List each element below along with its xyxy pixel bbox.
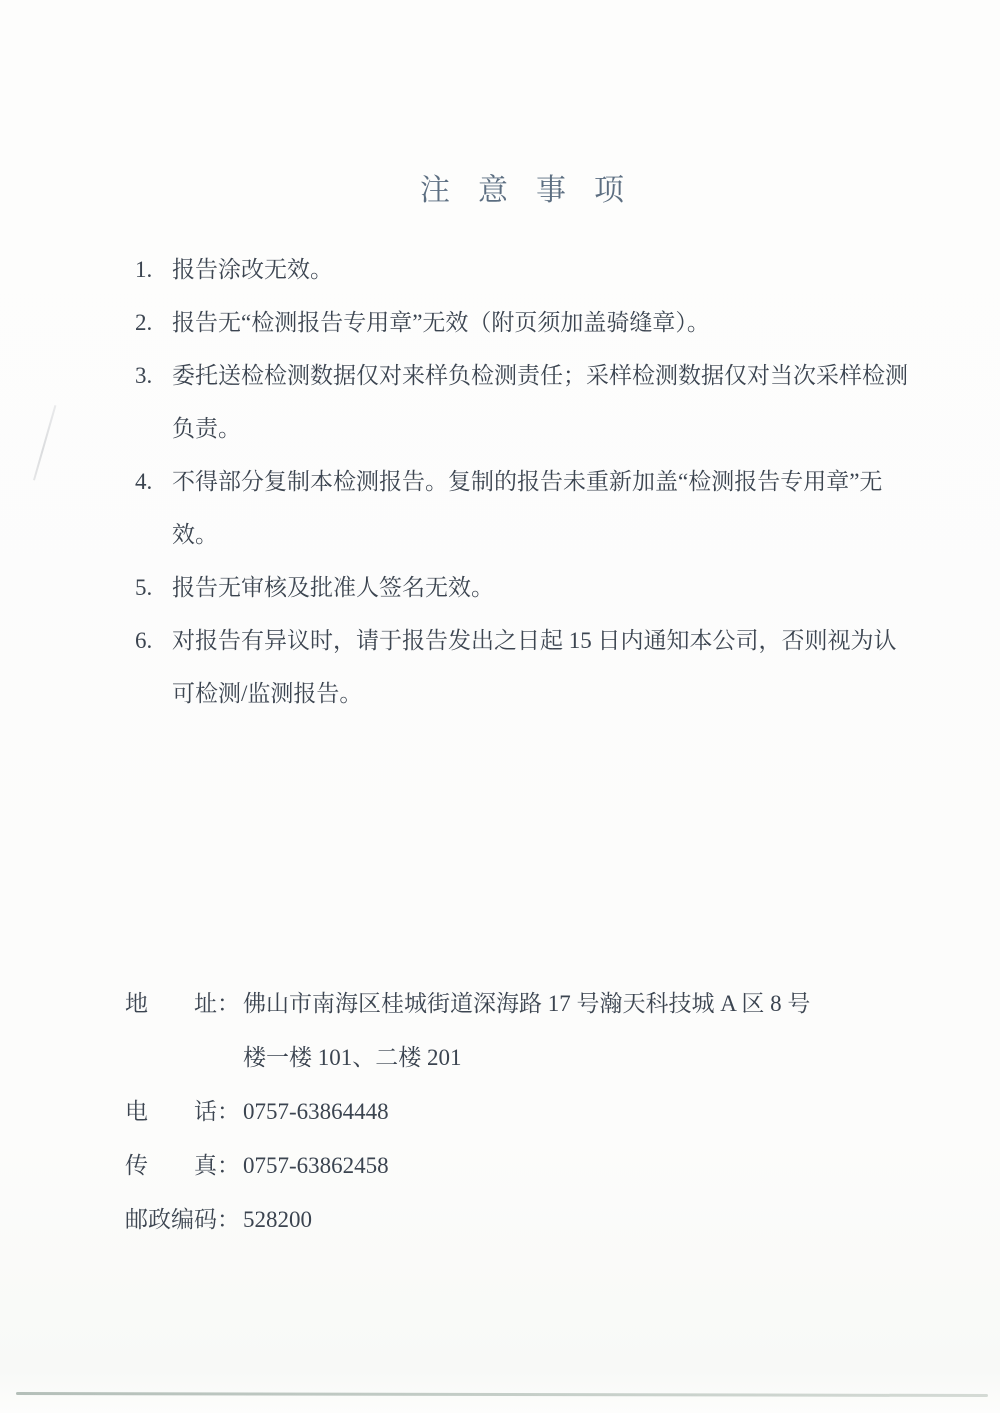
notice-item-1: 1.报告涂改无效。 <box>135 243 908 296</box>
notice-line: 4.不得部分复制本检测报告。复制的报告未重新加盖“检测报告专用章”无 <box>135 455 908 508</box>
notices-list: 1.报告涂改无效。 2.报告无“检测报告专用章”无效（附页须加盖骑缝章）。 3.… <box>135 243 908 720</box>
notice-item-2: 2.报告无“检测报告专用章”无效（附页须加盖骑缝章）。 <box>135 296 908 349</box>
notice-text: 负责。 <box>172 416 241 441</box>
notice-text: 对报告有异议时，请于报告发出之日起 15 日内通知本公司，否则视为认 <box>172 628 897 653</box>
notice-line-continuation: 可检测/监测报告。 <box>135 667 908 720</box>
contact-row-address: 地 址：佛山市南海区桂城街道深海路 17 号瀚天科技城 A 区 8 号 <box>125 977 810 1031</box>
contact-value: 楼一楼 101、二楼 201 <box>243 1045 462 1070</box>
notice-line: 1.报告涂改无效。 <box>135 243 908 296</box>
notice-text: 报告无“检测报告专用章”无效（附页须加盖骑缝章）。 <box>172 310 710 335</box>
notice-text: 不得部分复制本检测报告。复制的报告未重新加盖“检测报告专用章”无 <box>172 469 882 494</box>
notice-item-6: 6.对报告有异议时，请于报告发出之日起 15 日内通知本公司，否则视为认 可检测… <box>135 614 908 720</box>
notice-text: 委托送检检测数据仅对来样负检测责任；采样检测数据仅对当次采样检测 <box>172 363 908 388</box>
contact-section: 地 址：佛山市南海区桂城街道深海路 17 号瀚天科技城 A 区 8 号 楼一楼 … <box>125 977 810 1247</box>
contact-value: 0757-63862458 <box>243 1153 389 1178</box>
notice-number: 6. <box>135 614 172 667</box>
page-title: 注意事项 <box>36 175 1000 207</box>
notice-item-5: 5.报告无审核及批准人签名无效。 <box>135 561 908 614</box>
notice-line: 5.报告无审核及批准人签名无效。 <box>135 561 908 614</box>
notice-number: 3. <box>135 349 172 402</box>
contact-label: 地 址： <box>125 977 243 1031</box>
notice-number: 2. <box>135 296 172 349</box>
notice-text: 报告涂改无效。 <box>172 257 333 282</box>
contact-row-address-line2: 楼一楼 101、二楼 201 <box>125 1031 810 1085</box>
notice-text: 效。 <box>172 522 218 547</box>
notice-line: 3.委托送检检测数据仅对来样负检测责任；采样检测数据仅对当次采样检测 <box>135 349 908 402</box>
contact-value: 佛山市南海区桂城街道深海路 17 号瀚天科技城 A 区 8 号 <box>243 991 810 1016</box>
notice-line: 6.对报告有异议时，请于报告发出之日起 15 日内通知本公司，否则视为认 <box>135 614 908 667</box>
contact-label: 电 话： <box>125 1085 243 1139</box>
notice-number: 5. <box>135 561 172 614</box>
notice-item-4: 4.不得部分复制本检测报告。复制的报告未重新加盖“检测报告专用章”无 效。 <box>135 455 908 561</box>
notice-text: 报告无审核及批准人签名无效。 <box>172 575 494 600</box>
contact-row-postal-code: 邮政编码：528200 <box>125 1193 810 1247</box>
notice-line-continuation: 效。 <box>135 508 908 561</box>
contact-label: 邮政编码： <box>125 1193 243 1247</box>
notice-number: 4. <box>135 455 172 508</box>
notice-line: 2.报告无“检测报告专用章”无效（附页须加盖骑缝章）。 <box>135 296 908 349</box>
notice-item-3: 3.委托送检检测数据仅对来样负检测责任；采样检测数据仅对当次采样检测 负责。 <box>135 349 908 455</box>
contact-value: 528200 <box>243 1207 312 1232</box>
contact-label: 传 真： <box>125 1139 243 1193</box>
notice-line-continuation: 负责。 <box>135 402 908 455</box>
notice-text: 可检测/监测报告。 <box>172 681 362 706</box>
contact-row-phone: 电 话：0757-63864448 <box>125 1085 810 1139</box>
contact-row-fax: 传 真：0757-63862458 <box>125 1139 810 1193</box>
contact-value: 0757-63864448 <box>243 1099 389 1124</box>
notice-number: 1. <box>135 243 172 296</box>
